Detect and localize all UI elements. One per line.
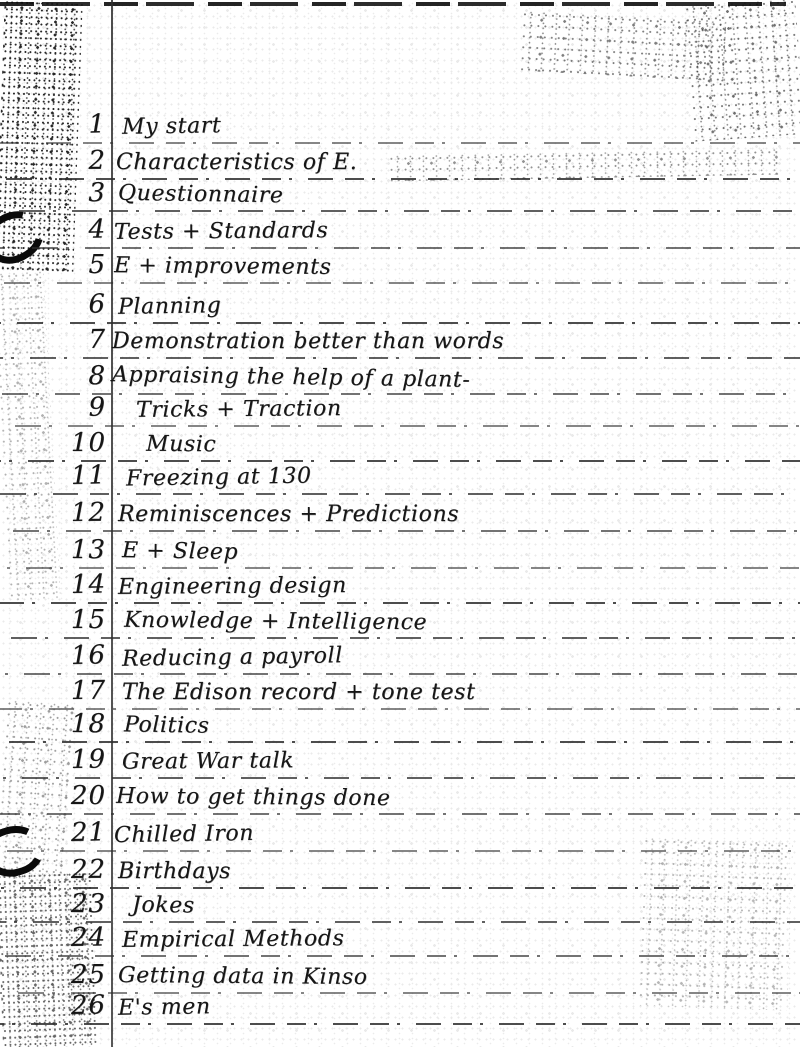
scan-noise-top-center [519,9,727,82]
ruled-line [0,425,800,427]
row-text-handwritten: Empirical Methods [122,928,345,952]
row-number: 13 [38,537,106,563]
ruled-line [0,777,800,779]
ruled-line [0,393,800,395]
row-text-handwritten: Reducing a payroll [122,645,343,670]
row-text-handwritten: Planning [118,295,222,319]
ruled-line [0,602,800,604]
row-text-handwritten: Appraising the help of a plant- [112,364,471,392]
row-number: 25 [38,962,106,988]
row-number: 3 [38,180,106,206]
row-number: 4 [38,216,106,243]
row-text-handwritten: My start [122,115,222,139]
ruled-line [0,921,800,923]
row-number: 17 [38,678,106,705]
scan-noise-top-right [683,0,800,142]
row-text-handwritten: Reminiscences + Predictions [118,504,459,526]
row-number: 14 [38,571,106,598]
ruled-line [0,708,800,710]
ruled-line [0,357,800,359]
row-number: 15 [38,607,106,633]
row-text-handwritten: Characteristics of E. [116,152,357,174]
scan-noise-right-low [637,835,793,1010]
ruled-line [0,210,800,212]
row-text-handwritten: How to get things done [116,786,391,810]
ruled-line [0,247,800,249]
row-text-handwritten: The Edison record + tone test [122,682,476,704]
row-number: 21 [38,819,107,847]
row-number: 7 [38,327,106,354]
ruled-line [0,567,800,569]
row-number: 10 [38,430,106,456]
ruled-line [0,1023,800,1025]
row-number: 16 [38,642,107,670]
ruled-line [0,178,800,180]
row-text-handwritten: E + Sleep [122,540,238,564]
row-number: 2 [38,148,106,175]
ruled-line [0,322,800,324]
ruled-line [0,142,800,144]
row-number: 1 [38,111,107,139]
row-number: 11 [38,462,107,490]
row-number: 24 [38,924,106,951]
row-text-handwritten: Demonstration better than words [112,331,504,353]
row-number: 22 [38,857,106,884]
row-number: 12 [38,500,106,527]
row-text-handwritten: Questionnaire [118,183,284,208]
row-number: 6 [38,291,107,319]
scan-top-edge-line [0,2,786,6]
ruled-line [0,887,800,889]
row-number: 5 [38,252,106,278]
ruled-line [0,955,800,957]
scanned-page: 1My start2Characteristics of E.3Question… [0,0,800,1047]
row-text-handwritten: Getting data in Kinso [118,965,368,989]
row-text-handwritten: E + improvements [114,255,332,279]
row-number: 8 [38,363,106,389]
scan-noise-stamp-smudge [388,147,778,182]
margin-rule-line [111,0,113,1047]
ruled-line [0,460,800,462]
ruled-line [0,992,800,994]
row-text-handwritten: Music [146,434,217,457]
row-text-handwritten: Tricks + Traction [136,398,342,422]
ruled-line [0,637,800,639]
row-text-handwritten: Knowledge + Intelligence [124,610,427,634]
row-text-handwritten: Tests + Standards [114,220,328,244]
row-text-handwritten: Politics [124,714,210,737]
row-number: 9 [38,394,106,421]
ruled-line [0,530,800,532]
ruled-line [0,282,800,284]
row-text-handwritten: Birthdays [118,861,231,883]
row-text-handwritten: E's men [118,996,211,1019]
row-number: 23 [38,891,106,917]
ruled-line [0,850,800,852]
ruled-line [0,813,800,815]
row-number: 19 [38,746,106,773]
row-text-handwritten: Freezing at 130 [126,466,312,491]
row-number: 26 [38,992,107,1020]
row-text-handwritten: Jokes [132,895,195,918]
row-text-handwritten: Engineering design [118,575,347,599]
row-number: 20 [38,783,106,809]
ruled-line [0,673,800,675]
ruled-line [0,741,800,743]
ruled-line [0,493,800,495]
row-text-handwritten: Great War talk [122,750,294,773]
row-text-handwritten: Chilled Iron [114,823,254,847]
row-number: 18 [38,711,106,737]
